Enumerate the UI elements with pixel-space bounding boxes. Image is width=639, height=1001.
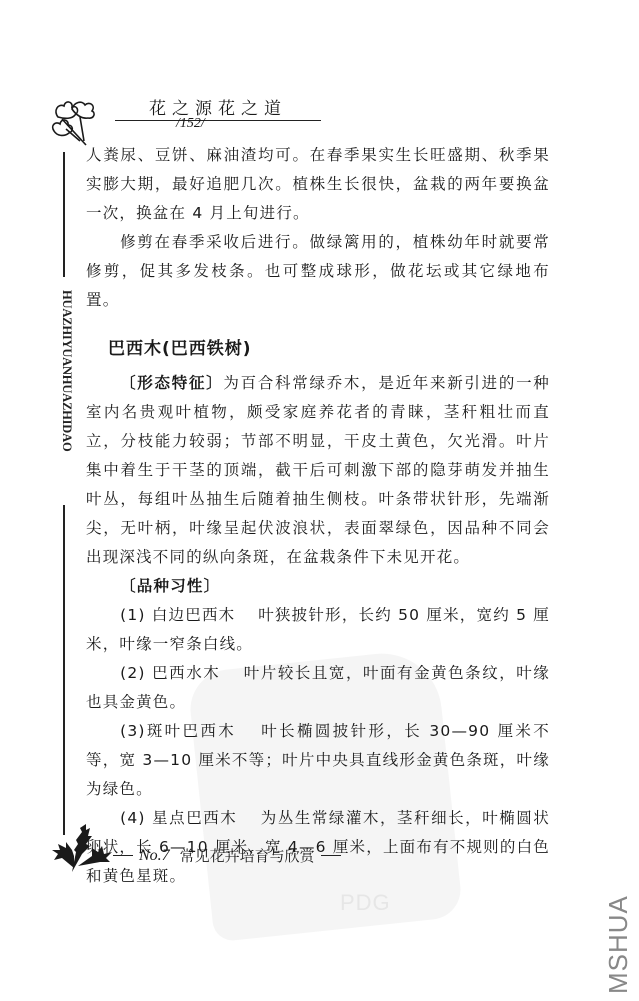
variety-number: (3) — [120, 722, 146, 740]
variety-name: 白边巴西木 — [152, 606, 236, 624]
section-heading: 巴西木(巴西铁树) — [108, 334, 550, 359]
variety-name: 斑叶巴西木 — [146, 722, 236, 740]
variety-item: (2) 巴西水木 叶片较长且宽，叶面有金黄色条纹，叶缘也具金黄色。 — [86, 659, 550, 717]
page-body: 人粪尿、豆饼、麻油渣均可。在春季果实生长旺盛期、秋季果实膨大期，最好追肥几次。植… — [86, 141, 550, 891]
chapter-number: No.7 — [139, 847, 170, 865]
running-header-title: 花之源花之道 — [115, 94, 321, 121]
morphology-label: 〔形态特征〕 — [120, 374, 223, 392]
variety-item: (3)斑叶巴西木 叶长椭圆披针形，长 30—90 厘米不等，宽 3—10 厘米不… — [86, 717, 550, 804]
variety-number: (2) — [120, 664, 146, 682]
variety-item: (1) 白边巴西木 叶狭披针形，长约 50 厘米，宽约 5 厘米，叶缘一窄条白线… — [86, 601, 550, 659]
chapter-title: 常见花卉培育与欣赏 — [180, 845, 315, 866]
variety-number: (4) — [120, 809, 146, 827]
varieties-label: 〔品种习性〕 — [86, 572, 550, 601]
footer-dash-left — [113, 855, 133, 857]
side-brand-label: MSHUA — [603, 882, 633, 994]
paragraph-pruning: 修剪在春季采收后进行。做绿篱用的，植株幼年时就要常修剪，促其多发枝条。也可整成球… — [86, 228, 550, 315]
paragraph-fertilizer: 人粪尿、豆饼、麻油渣均可。在春季果实生长旺盛期、秋季果实膨大期，最好追肥几次。植… — [86, 141, 550, 228]
footer-dash-right — [321, 855, 341, 857]
morphology-text: 为百合科常绿乔木，是近年来新引进的一种室内名贵观叶植物，颇受家庭养花者的青睐，茎… — [86, 374, 550, 566]
variety-number: (1) — [120, 606, 146, 624]
side-rule-bottom — [63, 505, 65, 835]
variety-name: 星点巴西木 — [152, 809, 237, 827]
pine-branch-icon — [52, 822, 114, 874]
side-rule-top — [63, 152, 65, 277]
running-footer: No.7 常见花卉培育与欣赏 — [113, 845, 341, 866]
page-number: /152/ — [176, 116, 205, 132]
paragraph-morphology: 〔形态特征〕为百合科常绿乔木，是近年来新引进的一种室内名贵观叶植物，颇受家庭养花… — [86, 369, 550, 572]
side-spine-label: HUAZHIYUANHUAZHIDAO — [54, 290, 74, 500]
variety-name: 巴西水木 — [152, 664, 220, 682]
watermark-label: PDG — [340, 890, 391, 916]
